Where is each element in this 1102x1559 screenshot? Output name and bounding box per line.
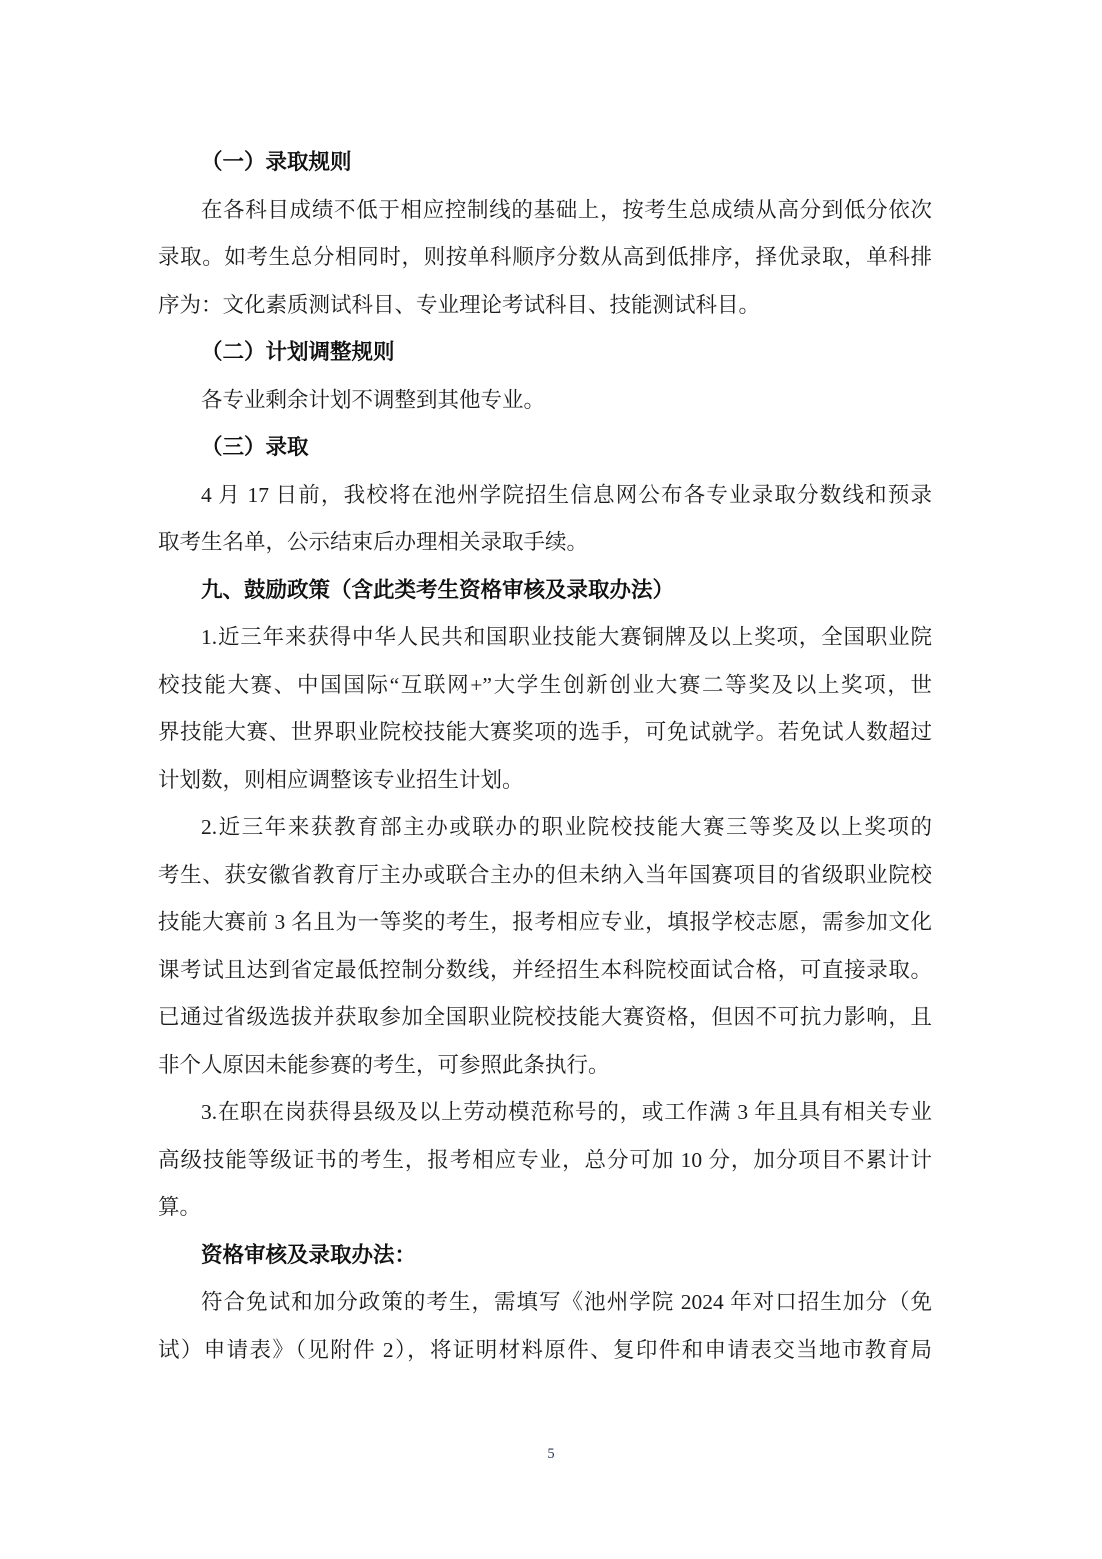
- paragraph-line: 考生、获安徽省教育厅主办或联合主办的但未纳入当年国赛项目的省级职业院校: [158, 852, 932, 900]
- paragraph-line: 算。: [158, 1184, 932, 1232]
- paragraph-line: 符合免试和加分政策的考生，需填写《池州学院 2024 年对口招生加分（免: [158, 1279, 932, 1327]
- paragraph-line: 校技能大赛、中国国际“互联网+”大学生创新创业大赛二等奖及以上奖项，世: [158, 662, 932, 710]
- paragraph-line: 已通过省级选拔并获取参加全国职业院校技能大赛资格，但因不可抗力影响，且: [158, 994, 932, 1042]
- paragraph-line: 非个人原因未能参赛的考生，可参照此条执行。: [158, 1042, 932, 1090]
- page-number: 5: [0, 1443, 1102, 1465]
- section-heading-incentive-policy: 九、鼓励政策（含此类考生资格审核及录取办法）: [158, 567, 932, 615]
- section-heading-admission-rules: （一）录取规则: [158, 139, 932, 187]
- subheading-qualification-review: 资格审核及录取办法：: [158, 1232, 932, 1280]
- document-page: （一）录取规则 在各科目成绩不低于相应控制线的基础上，按考生总成绩从高分到低分依…: [0, 0, 1102, 1559]
- section-heading-plan-adjustment: （二）计划调整规则: [158, 329, 932, 377]
- paragraph-line: 取考生名单，公示结束后办理相关录取手续。: [158, 519, 932, 567]
- section-heading-admission: （三）录取: [158, 424, 932, 472]
- paragraph-line: 2.近三年来获教育部主办或联办的职业院校技能大赛三等奖及以上奖项的: [158, 804, 932, 852]
- paragraph-line: 各专业剩余计划不调整到其他专业。: [158, 377, 932, 425]
- document-text-block: （一）录取规则 在各科目成绩不低于相应控制线的基础上，按考生总成绩从高分到低分依…: [158, 139, 932, 1374]
- paragraph-line: 课考试且达到省定最低控制分数线，并经招生本科院校面试合格，可直接录取。: [158, 947, 932, 995]
- paragraph-line: 在各科目成绩不低于相应控制线的基础上，按考生总成绩从高分到低分依次: [158, 187, 932, 235]
- paragraph-line: 序为：文化素质测试科目、专业理论考试科目、技能测试科目。: [158, 282, 932, 330]
- paragraph-line: 高级技能等级证书的考生，报考相应专业，总分可加 10 分，加分项目不累计计: [158, 1137, 932, 1185]
- paragraph-line: 1.近三年来获得中华人民共和国职业技能大赛铜牌及以上奖项，全国职业院: [158, 614, 932, 662]
- paragraph-line: 4 月 17 日前，我校将在池州学院招生信息网公布各专业录取分数线和预录: [158, 472, 932, 520]
- paragraph-line: 录取。如考生总分相同时，则按单科顺序分数从高到低排序，择优录取，单科排: [158, 234, 932, 282]
- paragraph-line: 界技能大赛、世界职业院校技能大赛奖项的选手，可免试就学。若免试人数超过: [158, 709, 932, 757]
- paragraph-line: 试）申请表》（见附件 2），将证明材料原件、复印件和申请表交当地市教育局: [158, 1327, 932, 1375]
- paragraph-line: 3.在职在岗获得县级及以上劳动模范称号的，或工作满 3 年且具有相关专业: [158, 1089, 932, 1137]
- paragraph-line: 技能大赛前 3 名且为一等奖的考生，报考相应专业，填报学校志愿，需参加文化: [158, 899, 932, 947]
- paragraph-line: 计划数，则相应调整该专业招生计划。: [158, 757, 932, 805]
